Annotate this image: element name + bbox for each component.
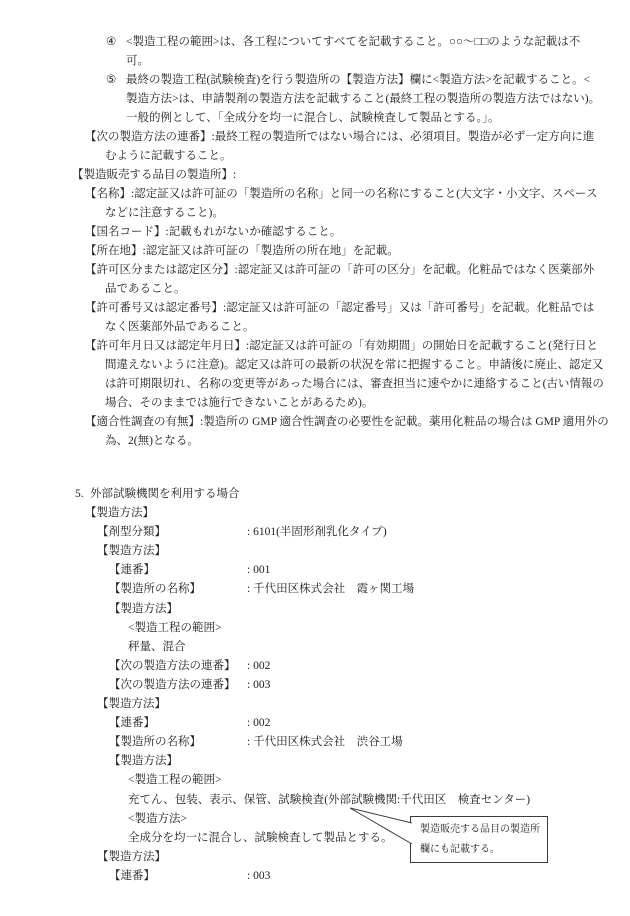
field-label: 【製造所の名称】 [109, 736, 201, 748]
note-line: ④<製造工程の範囲>は、各工程についてすべてを記載すること。○○〜□□のような記… [0, 33, 630, 52]
note-text: 【製造販売する品目の製造所】: [72, 169, 236, 181]
field-line: 【剤型分類】: 6101(半固形剤乳化タイプ) [0, 523, 630, 542]
field-line: 【製造方法】 [0, 600, 630, 619]
field-line: 【次の製造方法の連番】: 003 [0, 676, 630, 695]
note-line: 【許可区分または認定区分】:認定証又は許可証の「許可の区分」を記載。化粧品ではな… [0, 261, 630, 280]
field-label: 【製造方法】 [109, 603, 178, 615]
field-line: 【製造方法】 [0, 504, 630, 523]
note-line: 【適合性調査の有無】:製造所の GMP 適合性調査の必要性を記載。薬用化粧品の場… [0, 413, 630, 432]
callout-box: 製造販売する品目の製造所 欄にも記載する。 [410, 816, 548, 863]
note-text: 製造方法>は、申請製剤の製造方法を記載すること(最終工程の製造所の製造方法ではな… [126, 93, 600, 105]
note-line: むように記載すること。 [0, 147, 630, 166]
note-line: なく医薬部外品であること。 [0, 318, 630, 337]
note-text: 品であること。 [105, 283, 186, 295]
field-label: 【製造方法】 [97, 698, 166, 710]
field-label: 【連番】 [109, 564, 155, 576]
note-text: 一般的例として、「全成分を均一に混合し、試験検査して製品とする。」。 [126, 112, 500, 124]
note-line: 製造方法>は、申請製剤の製造方法を記載すること(最終工程の製造所の製造方法ではな… [0, 90, 630, 109]
field-line: 【次の製造方法の連番】: 002 [0, 657, 630, 676]
note-line: 品であること。 [0, 280, 630, 299]
note-text: 【許可区分または認定区分】:認定証又は許可証の「許可の区分」を記載。化粧品ではな… [85, 264, 594, 276]
field-line: 【製造方法】 [0, 752, 630, 771]
callout-pointer [344, 802, 414, 848]
field-label: 【製造方法】 [85, 507, 154, 519]
field-line: 【製造所の名称】: 千代田区株式会社 渋谷工場 [0, 733, 630, 752]
field-value: : 001 [247, 561, 270, 580]
field-label: <製造工程の範囲> [128, 774, 221, 786]
field-line: 【連番】: 002 [0, 714, 630, 733]
field-value: : 002 [247, 714, 270, 733]
field-value: : 千代田区株式会社 渋谷工場 [247, 733, 403, 752]
note-text: 最終の製造工程(試験検査)を行う製造所の【製造方法】欄に<製造方法>を記載するこ… [126, 74, 590, 86]
note-text: <製造工程の範囲>は、各工程についてすべてを記載すること。○○〜□□のような記載… [126, 36, 580, 48]
note-line: 場合、そのままでは施行できないことがあるため)。 [0, 394, 630, 413]
note-text: 場合、そのままでは施行できないことがあるため)。 [105, 397, 373, 409]
note-text: 【適合性調査の有無】:製造所の GMP 適合性調査の必要性を記載。薬用化粧品の場… [85, 416, 609, 428]
note-text: 可。 [126, 55, 149, 67]
callout-line: 製造販売する品目の製造所 [420, 820, 547, 840]
field-label: 【連番】 [109, 717, 155, 729]
note-line: 【所在地】:認定証又は許可証の「製造所の所在地」を記載。 [0, 242, 630, 261]
field-line: 【製造所の名称】: 千代田区株式会社 霞ヶ関工場 [0, 580, 630, 599]
note-line: 【製造販売する品目の製造所】: [0, 166, 630, 185]
note-text: むように記載すること。 [105, 150, 232, 162]
field-label: 【連番】 [109, 870, 155, 882]
note-text: 【許可番号又は認定番号】:認定証又は許可証の「認定番号」又は「許可番号」を記載。… [85, 302, 594, 314]
note-line: 【次の製造方法の連番】:最終工程の製造所ではない場合には、必須項目。製造が必ず一… [0, 128, 630, 147]
field-line: 【連番】: 001 [0, 561, 630, 580]
note-text: なく医薬部外品であること。 [105, 321, 255, 333]
field-value: : 003 [247, 867, 270, 886]
field-label: 【製造方法】 [97, 545, 166, 557]
note-line: 可。 [0, 52, 630, 71]
note-text: 【許可年月日又は認定年月日】:認定証又は許可証の「有効期間」の開始日を記載するこ… [85, 340, 598, 352]
list-number: ④ [106, 33, 126, 52]
field-label: 【次の製造方法の連番】 [109, 660, 236, 672]
note-line: 【国名コード】:記載もれがないか確認すること。 [0, 223, 630, 242]
field-label: 【次の製造方法の連番】 [109, 679, 236, 691]
field-label: 秤量、混合 [128, 641, 186, 653]
note-line: 【名称】:認定証又は許可証の「製造所の名称」と同一の名称にすること(大文字・小文… [0, 185, 630, 204]
field-label: 充てん、包装、表示、保管、試験検査(外部試験機関:千代田区 検査センター) [128, 794, 530, 806]
field-value: : 6101(半固形剤乳化タイプ) [247, 523, 387, 542]
field-line: 秤量、混合 [0, 638, 630, 657]
note-text: 間違えないように注意)。認定又は許可の最新の状況を常に把握すること。申請後に廃止… [105, 359, 603, 371]
field-label: <製造工程の範囲> [128, 622, 221, 634]
note-text: 【名称】:認定証又は許可証の「製造所の名称」と同一の名称にすること(大文字・小文… [85, 188, 597, 200]
note-text: 【次の製造方法の連番】:最終工程の製造所ではない場合には、必須項目。製造が必ず一… [85, 131, 594, 143]
note-text: 為、2(無)となる。 [105, 435, 199, 447]
field-value: : 千代田区株式会社 霞ヶ関工場 [247, 580, 414, 599]
note-line: は許可期限切れ、名称の変更等があった場合には、審査担当に速やかに連絡すること(古… [0, 375, 630, 394]
callout-line: 欄にも記載する。 [420, 840, 547, 860]
section-number: 5. [75, 485, 90, 504]
note-text: などに注意すること)。 [105, 207, 224, 219]
field-line: 【製造方法】 [0, 542, 630, 561]
field-value: : 002 [247, 657, 270, 676]
field-label: 【剤型分類】 [97, 526, 166, 538]
field-line: 【連番】: 003 [0, 867, 630, 886]
notes-block: ④<製造工程の範囲>は、各工程についてすべてを記載すること。○○〜□□のような記… [0, 33, 630, 451]
document-page: ④<製造工程の範囲>は、各工程についてすべてを記載すること。○○〜□□のような記… [0, 0, 630, 916]
note-text: 【所在地】:認定証又は許可証の「製造所の所在地」を記載。 [85, 245, 399, 257]
note-text: 【国名コード】:記載もれがないか確認すること。 [85, 226, 341, 238]
note-line: などに注意すること)。 [0, 204, 630, 223]
field-line: <製造工程の範囲> [0, 771, 630, 790]
note-text: は許可期限切れ、名称の変更等があった場合には、審査担当に速やかに連絡すること(古… [105, 378, 604, 390]
note-line: 一般的例として、「全成分を均一に混合し、試験検査して製品とする。」。 [0, 109, 630, 128]
field-label: 【製造所の名称】 [109, 583, 201, 595]
field-label: 【製造方法】 [97, 851, 166, 863]
section-title: 外部試験機関を利用する場合 [90, 488, 240, 500]
section-heading: 5.外部試験機関を利用する場合 [0, 485, 630, 504]
field-line: 【製造方法】 [0, 695, 630, 714]
note-line: 間違えないように注意)。認定又は許可の最新の状況を常に把握すること。申請後に廃止… [0, 356, 630, 375]
field-value: : 003 [247, 676, 270, 695]
field-label: <製造方法> [128, 813, 187, 825]
list-number: ⑤ [106, 71, 126, 90]
field-line: 充てん、包装、表示、保管、試験検査(外部試験機関:千代田区 検査センター) [0, 791, 630, 810]
note-line: 【許可番号又は認定番号】:認定証又は許可証の「認定番号」又は「許可番号」を記載。… [0, 299, 630, 318]
field-line: <製造工程の範囲> [0, 619, 630, 638]
field-label: 【製造方法】 [109, 755, 178, 767]
note-line: 【許可年月日又は認定年月日】:認定証又は許可証の「有効期間」の開始日を記載するこ… [0, 337, 630, 356]
note-line: 為、2(無)となる。 [0, 432, 630, 451]
note-line: ⑤最終の製造工程(試験検査)を行う製造所の【製造方法】欄に<製造方法>を記載する… [0, 71, 630, 90]
